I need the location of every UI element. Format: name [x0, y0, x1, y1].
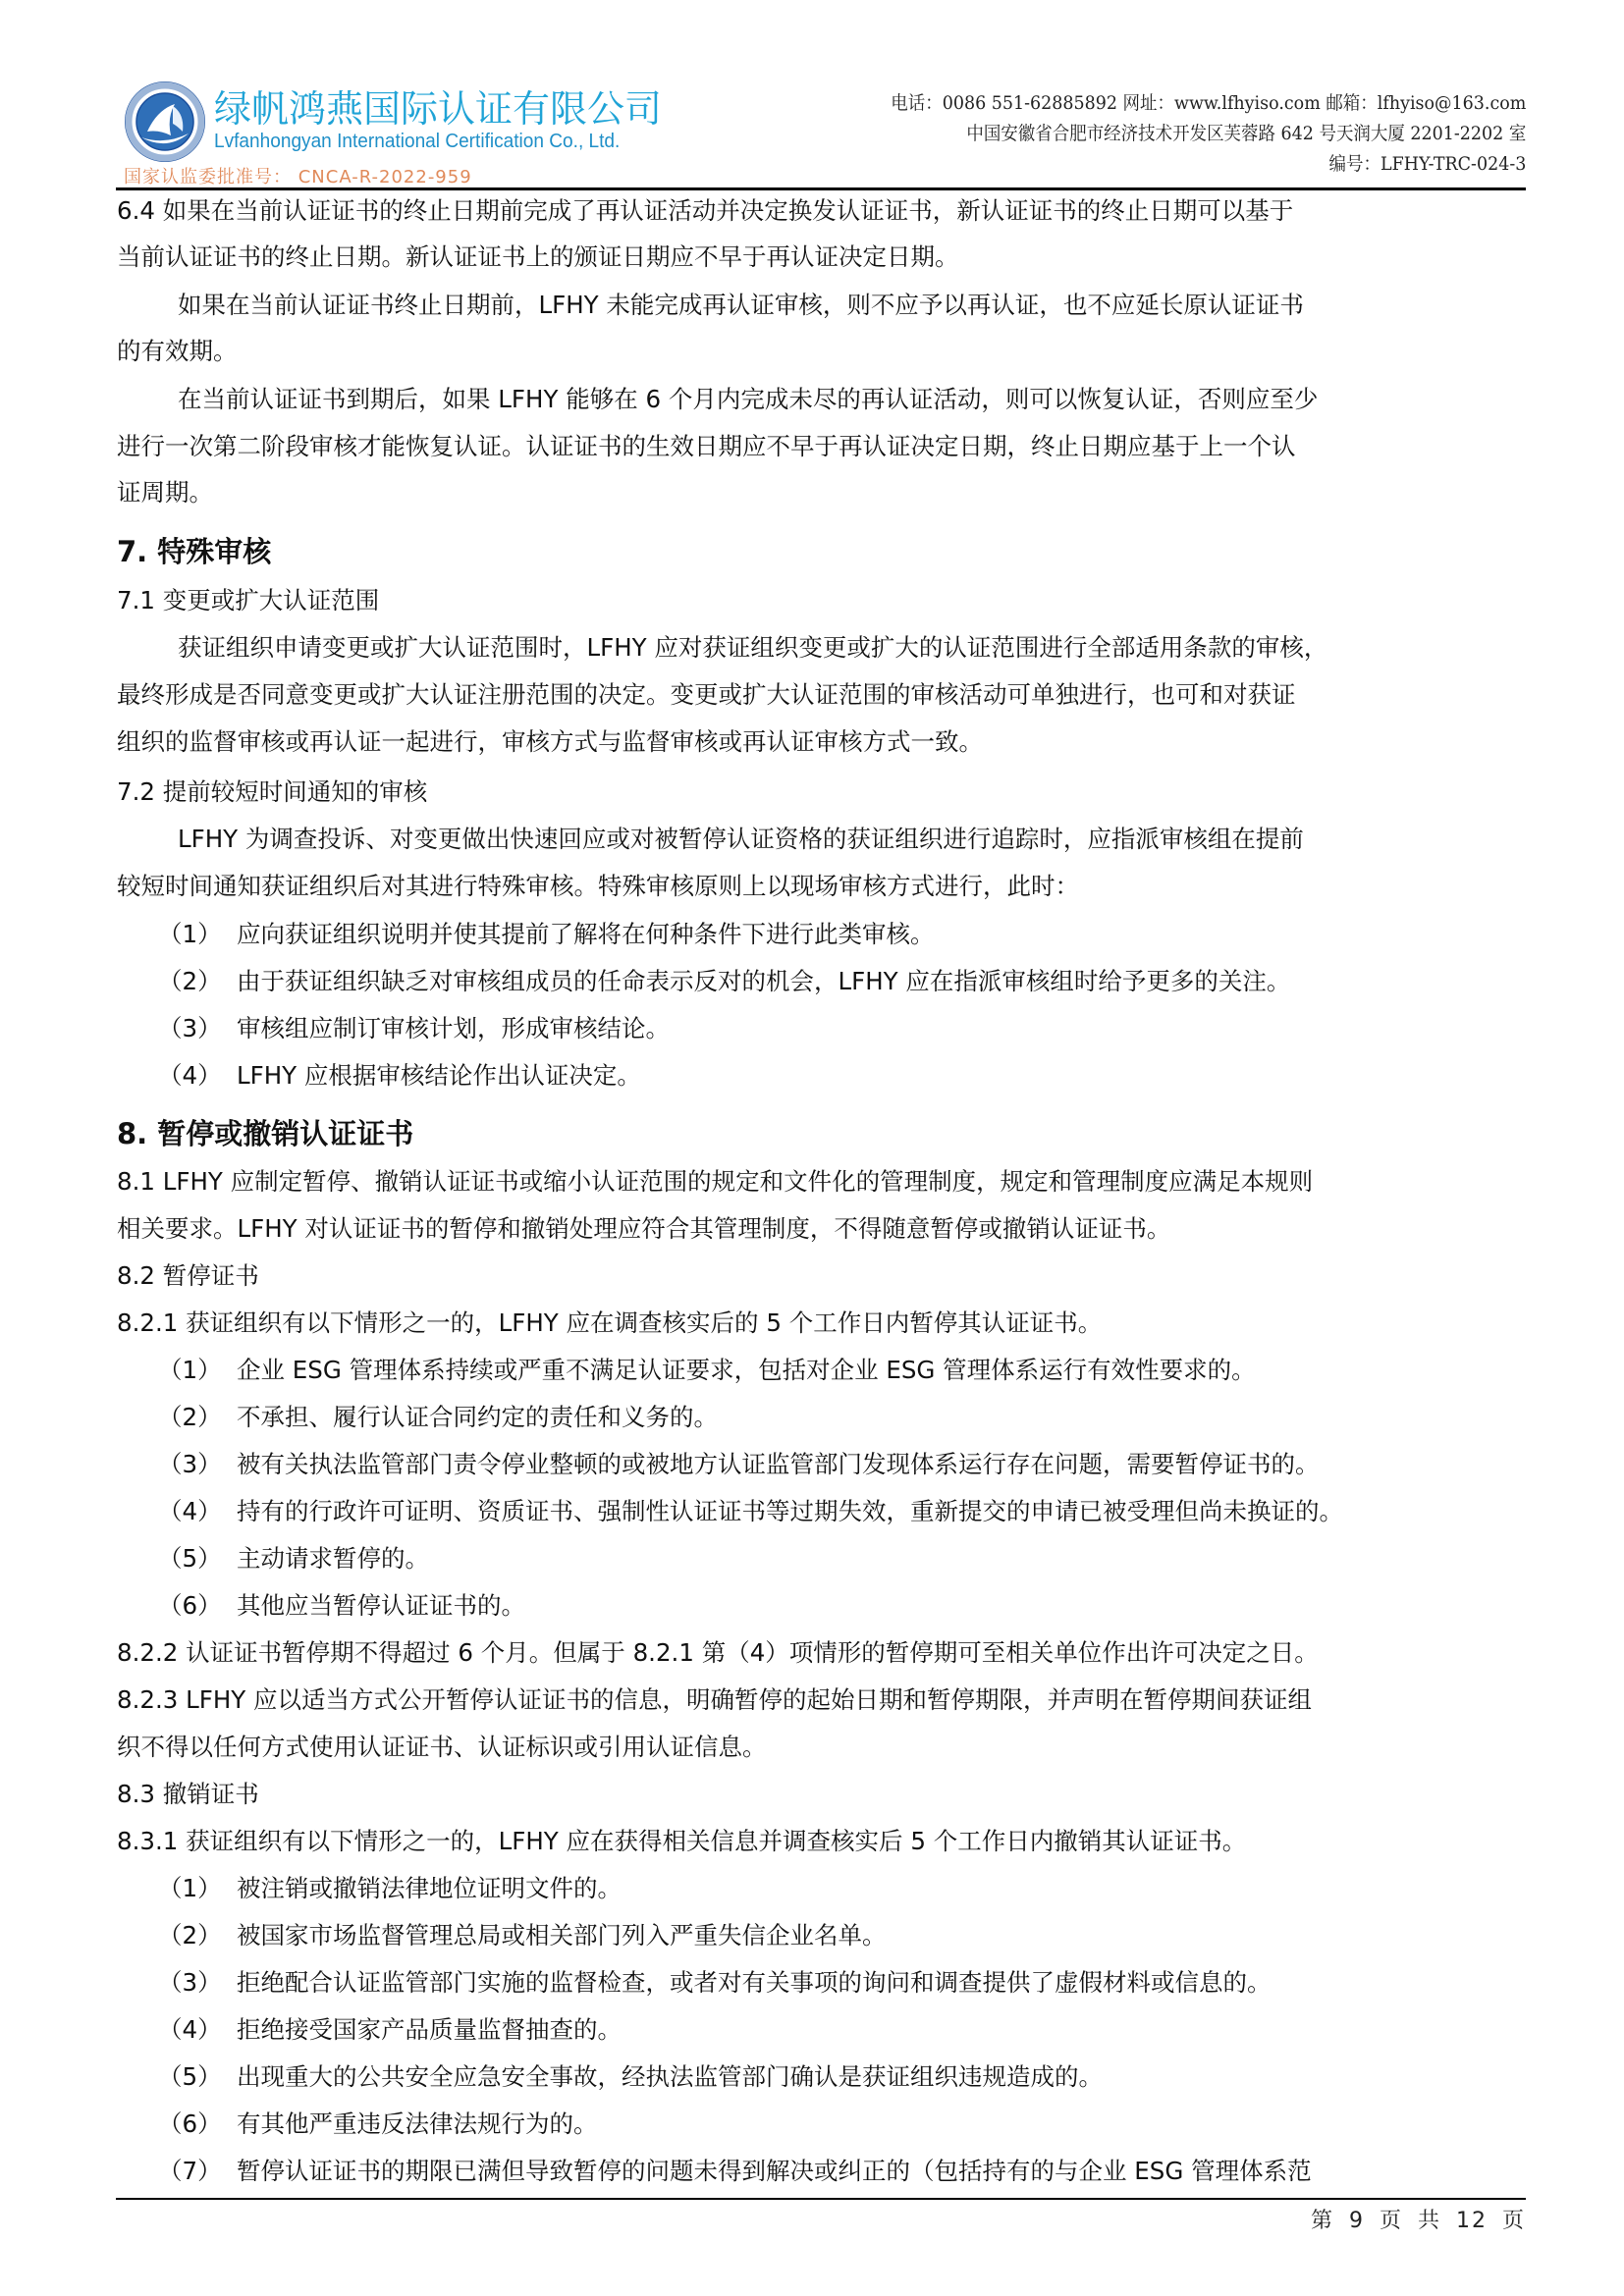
list-item-number: （4） — [158, 2015, 237, 2045]
list-item: （2）由于获证组织缺乏对审核组成员的任命表示反对的机会，LFHY 应在指派审核组… — [158, 967, 1290, 996]
paragraph-line: 获证组织申请变更或扩大认证范围时，LFHY 应对获证组织变更或扩大的认证范围进行… — [117, 633, 1327, 663]
line-text: 被国家市场监督管理总局或相关部门列入严重失信企业名单。 — [237, 1921, 887, 1949]
paragraph-line: 8.3.1 获证组织有以下情形之一的，LFHY 应在获得相关信息并调查核实后 5… — [117, 1827, 1246, 1856]
paragraph-line: 织不得以任何方式使用认证证书、认证标识或引用认证信息。 — [117, 1733, 767, 1762]
line-text: 织不得以任何方式使用认证证书、认证标识或引用认证信息。 — [117, 1733, 767, 1761]
line-text: 不承担、履行认证合同约定的责任和义务的。 — [237, 1403, 718, 1431]
line-text: 被有关执法监管部门责令停业整顿的或被地方认证监管部门发现体系运行存在问题，需要暂… — [237, 1450, 1320, 1478]
company-name-cn: 绿帆鸿燕国际认证有限公司 — [214, 79, 662, 133]
line-text: 6.4 如果在当前认证证书的终止日期前完成了再认证活动并决定换发认证证书，新认证… — [117, 196, 1293, 225]
list-item: （4）持有的行政许可证明、资质证书、强制性认证证书等过期失效，重新提交的申请已被… — [158, 1497, 1343, 1526]
list-item: （3）拒绝配合认证监管部门实施的监督检查，或者对有关事项的询问和调查提供了虚假材… — [158, 1968, 1272, 1998]
line-text: 持有的行政许可证明、资质证书、强制性认证证书等过期失效，重新提交的申请已被受理但… — [237, 1497, 1343, 1525]
line-text: 进行一次第二阶段审核才能恢复认证。认证证书的生效日期应不早于再认证决定日期，终止… — [117, 432, 1296, 460]
paragraph-line: 在当前认证证书到期后，如果 LFHY 能够在 6 个月内完成未尽的再认证活动，则… — [117, 385, 1318, 414]
paragraph-line: 较短时间通知获证组织后对其进行特殊审核。特殊审核原则上以现场审核方式进行，此时： — [117, 872, 1079, 901]
paragraph-line: 相关要求。LFHY 对认证证书的暂停和撤销处理应符合其管理制度，不得随意暂停或撤… — [117, 1214, 1170, 1244]
line-text: 8.3 撤销证书 — [117, 1780, 259, 1808]
line-text: 相关要求。LFHY 对认证证书的暂停和撤销处理应符合其管理制度，不得随意暂停或撤… — [117, 1214, 1170, 1243]
page-header: 绿帆鸿燕国际认证有限公司 Lvfanhongyan International … — [116, 77, 1526, 188]
line-text: 8.2.3 LFHY 应以适当方式公开暂停认证证书的信息，明确暂停的起始日期和暂… — [117, 1685, 1312, 1714]
list-item: （6）有其他严重违反法律法规行为的。 — [158, 2109, 598, 2139]
line-text: 8.3.1 获证组织有以下情形之一的，LFHY 应在获得相关信息并调查核实后 5… — [117, 1827, 1246, 1855]
line-text: 8.2 暂停证书 — [117, 1261, 259, 1290]
paragraph-line: 最终形成是否同意变更或扩大认证注册范围的决定。变更或扩大认证范围的审核活动可单独… — [117, 680, 1296, 710]
list-item: （1）被注销或撤销法律地位证明文件的。 — [158, 1874, 622, 1903]
line-text: 的有效期。 — [117, 337, 238, 365]
paragraph-line: 当前认证证书的终止日期。新认证证书上的颁证日期应不早于再认证决定日期。 — [117, 242, 959, 272]
list-item: （3）审核组应制订审核计划，形成审核结论。 — [158, 1014, 670, 1043]
line-text: 最终形成是否同意变更或扩大认证注册范围的决定。变更或扩大认证范围的审核活动可单独… — [117, 680, 1296, 709]
company-logo-icon — [124, 80, 206, 163]
list-item-number: （5） — [158, 1544, 237, 1574]
list-item-number: （3） — [158, 1450, 237, 1479]
line-text: 有其他严重违反法律法规行为的。 — [237, 2109, 598, 2138]
document-page: 绿帆鸿燕国际认证有限公司 Lvfanhongyan International … — [0, 0, 1624, 2296]
line-text: 出现重大的公共安全应急安全事故，经执法监管部门确认是获证组织违规造成的。 — [237, 2062, 1103, 2091]
paragraph-line: 进行一次第二阶段审核才能恢复认证。认证证书的生效日期应不早于再认证决定日期，终止… — [117, 432, 1296, 461]
line-text: LFHY 为调查投诉、对变更做出快速回应或对被暂停认证资格的获证组织进行追踪时，… — [178, 825, 1304, 853]
paragraph-line: 7.2 提前较短时间通知的审核 — [117, 777, 427, 807]
paragraph-line: 组织的监督审核或再认证一起进行，审核方式与监督审核或再认证审核方式一致。 — [117, 727, 983, 757]
line-text: 企业 ESG 管理体系持续或严重不满足认证要求，包括对企业 ESG 管理体系运行… — [237, 1356, 1256, 1384]
header-divider — [116, 187, 1526, 190]
line-text: 7. 特殊审核 — [117, 535, 271, 568]
line-text: 暂停认证证书的期限已满但导致暂停的问题未得到解决或纠正的（包括持有的与企业 ES… — [237, 2157, 1312, 2185]
section-heading: 8. 暂停或撤销认证证书 — [117, 1119, 413, 1148]
list-item-number: （2） — [158, 1403, 237, 1432]
list-item-number: （5） — [158, 2062, 237, 2092]
contact-address: 中国安徽省合肥市经济技术开发区芙蓉路 642 号天润大厦 2201-2202 室 — [891, 119, 1526, 149]
list-item-number: （1） — [158, 1874, 237, 1903]
paragraph-line: 如果在当前认证证书终止日期前，LFHY 未能完成再认证审核，则不应予以再认证，也… — [117, 291, 1304, 320]
section-heading: 7. 特殊审核 — [117, 537, 271, 566]
list-item-number: （6） — [158, 2109, 237, 2139]
line-text: 8.1 LFHY 应制定暂停、撤销认证证书或缩小认证范围的规定和文件化的管理制度… — [117, 1167, 1313, 1196]
line-text: 应向获证组织说明并使其提前了解将在何种条件下进行此类审核。 — [237, 920, 935, 948]
line-text: 拒绝配合认证监管部门实施的监督检查，或者对有关事项的询问和调查提供了虚假材料或信… — [237, 1968, 1272, 1997]
line-text: 组织的监督审核或再认证一起进行，审核方式与监督审核或再认证审核方式一致。 — [117, 727, 983, 756]
line-text: 在当前认证证书到期后，如果 LFHY 能够在 6 个月内完成未尽的再认证活动，则… — [178, 385, 1318, 413]
paragraph-line: 8.1 LFHY 应制定暂停、撤销认证证书或缩小认证范围的规定和文件化的管理制度… — [117, 1167, 1313, 1197]
line-text: 审核组应制订审核计划，形成审核结论。 — [237, 1014, 670, 1042]
line-text: 7.2 提前较短时间通知的审核 — [117, 777, 427, 806]
footer-divider — [116, 2198, 1526, 2200]
list-item: （1）应向获证组织说明并使其提前了解将在何种条件下进行此类审核。 — [158, 920, 935, 949]
paragraph-line: 证周期。 — [117, 478, 213, 507]
contact-phone-web-email: 电话：0086 551-62885892 网址：www.lfhyiso.com … — [891, 88, 1526, 119]
list-item: （4）LFHY 应根据审核结论作出认证决定。 — [158, 1061, 641, 1091]
page-number: 第 9 页 共 12 页 — [1311, 2204, 1526, 2234]
line-text: 获证组织申请变更或扩大认证范围时，LFHY 应对获证组织变更或扩大的认证范围进行… — [178, 633, 1327, 662]
line-text: 8.2.2 认证证书暂停期不得超过 6 个月。但属于 8.2.1 第（4）项情形… — [117, 1638, 1319, 1667]
list-item-number: （1） — [158, 1356, 237, 1385]
list-item-number: （2） — [158, 967, 237, 996]
list-item-number: （6） — [158, 1591, 237, 1621]
line-text: LFHY 应根据审核结论作出认证决定。 — [237, 1061, 641, 1090]
line-text: 8. 暂停或撤销认证证书 — [117, 1117, 413, 1150]
paragraph-line: 8.2.1 获证组织有以下情形之一的，LFHY 应在调查核实后的 5 个工作日内… — [117, 1308, 1102, 1338]
list-item: （3）被有关执法监管部门责令停业整顿的或被地方认证监管部门发现体系运行存在问题，… — [158, 1450, 1320, 1479]
company-name-en: Lvfanhongyan International Certification… — [214, 130, 620, 153]
line-text: 证周期。 — [117, 478, 213, 507]
list-item-number: （2） — [158, 1921, 237, 1950]
list-item: （6）其他应当暂停认证证书的。 — [158, 1591, 525, 1621]
paragraph-line: 8.2.2 认证证书暂停期不得超过 6 个月。但属于 8.2.1 第（4）项情形… — [117, 1638, 1319, 1668]
paragraph-line: 的有效期。 — [117, 337, 238, 366]
line-text: 较短时间通知获证组织后对其进行特殊审核。特殊审核原则上以现场审核方式进行，此时： — [117, 872, 1079, 900]
line-text: 被注销或撤销法律地位证明文件的。 — [237, 1874, 622, 1902]
approval-number: 国家认监委批准号： CNCA-R-2022-959 — [124, 163, 472, 188]
list-item: （1）企业 ESG 管理体系持续或严重不满足认证要求，包括对企业 ESG 管理体… — [158, 1356, 1256, 1385]
list-item: （2）被国家市场监督管理总局或相关部门列入严重失信企业名单。 — [158, 1921, 887, 1950]
list-item-number: （7） — [158, 2157, 237, 2186]
list-item: （4）拒绝接受国家产品质量监督抽查的。 — [158, 2015, 622, 2045]
list-item-number: （4） — [158, 1061, 237, 1091]
line-text: 8.2.1 获证组织有以下情形之一的，LFHY 应在调查核实后的 5 个工作日内… — [117, 1308, 1102, 1337]
line-text: 拒绝接受国家产品质量监督抽查的。 — [237, 2015, 622, 2044]
list-item: （5）出现重大的公共安全应急安全事故，经执法监管部门确认是获证组织违规造成的。 — [158, 2062, 1103, 2092]
line-text: 主动请求暂停的。 — [237, 1544, 429, 1573]
list-item: （2）不承担、履行认证合同约定的责任和义务的。 — [158, 1403, 718, 1432]
paragraph-line: 8.2 暂停证书 — [117, 1261, 259, 1291]
list-item-number: （3） — [158, 1968, 237, 1998]
list-item: （5）主动请求暂停的。 — [158, 1544, 429, 1574]
line-text: 由于获证组织缺乏对审核组成员的任命表示反对的机会，LFHY 应在指派审核组时给予… — [237, 967, 1290, 995]
paragraph-line: 7.1 变更或扩大认证范围 — [117, 586, 379, 615]
list-item-number: （4） — [158, 1497, 237, 1526]
paragraph-line: 8.3 撤销证书 — [117, 1780, 259, 1809]
paragraph-line: 8.2.3 LFHY 应以适当方式公开暂停认证证书的信息，明确暂停的起始日期和暂… — [117, 1685, 1312, 1715]
line-text: 当前认证证书的终止日期。新认证证书上的颁证日期应不早于再认证决定日期。 — [117, 242, 959, 271]
paragraph-line: LFHY 为调查投诉、对变更做出快速回应或对被暂停认证资格的获证组织进行追踪时，… — [117, 825, 1304, 854]
list-item-number: （3） — [158, 1014, 237, 1043]
document-number: 编号：LFHY-TRC-024-3 — [891, 149, 1526, 180]
list-item-number: （1） — [158, 920, 237, 949]
line-text: 如果在当前认证证书终止日期前，LFHY 未能完成再认证审核，则不应予以再认证，也… — [178, 291, 1304, 319]
line-text: 其他应当暂停认证证书的。 — [237, 1591, 525, 1620]
contact-block: 电话：0086 551-62885892 网址：www.lfhyiso.com … — [836, 88, 1526, 180]
list-item: （7）暂停认证证书的期限已满但导致暂停的问题未得到解决或纠正的（包括持有的与企业… — [158, 2157, 1312, 2186]
line-text: 7.1 变更或扩大认证范围 — [117, 586, 379, 614]
paragraph-line: 6.4 如果在当前认证证书的终止日期前完成了再认证活动并决定换发认证证书，新认证… — [117, 196, 1293, 226]
